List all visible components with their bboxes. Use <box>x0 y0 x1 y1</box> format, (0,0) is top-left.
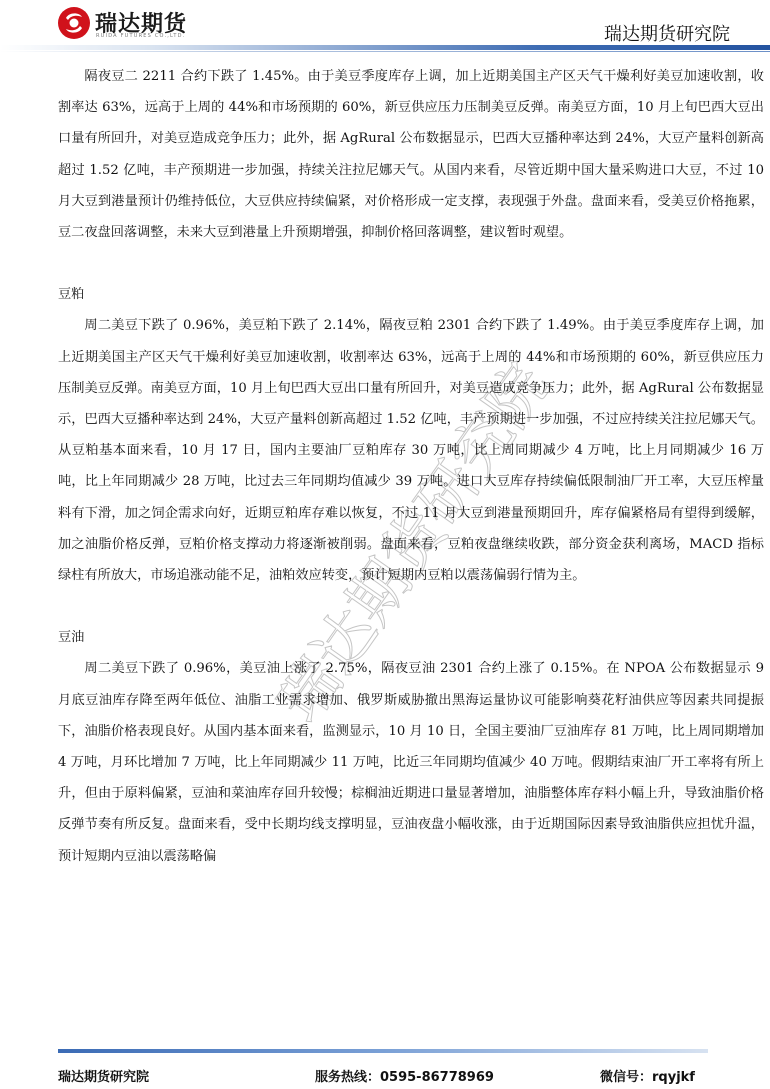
page-footer: 瑞达期货研究院 服务热线：0595-86778969 微信号：rqyjkf <box>0 1060 770 1084</box>
report-body: 隔夜豆二 2211 合约下跌了 1.45%。由于美豆季度库存上调，加上近期美国主… <box>58 61 764 872</box>
soybean-paragraph: 隔夜豆二 2211 合约下跌了 1.45%。由于美豆季度库存上调，加上近期美国主… <box>58 61 764 248</box>
section-title-soymeal: 豆粕 <box>58 279 764 310</box>
footer-wechat: 微信号：rqyjkf <box>600 1066 695 1085</box>
header-divider-thin <box>0 51 770 52</box>
institute-title: 瑞达期货研究院 <box>604 20 730 46</box>
company-logo: 瑞达期货 RUIDA FUTURES CO.,LTD. <box>57 6 207 42</box>
footer-divider <box>58 1049 708 1053</box>
ruida-logo-icon <box>57 6 91 40</box>
footer-hotline: 服务热线：0595-86778969 <box>315 1066 494 1085</box>
header-divider <box>0 45 770 50</box>
footer-institute: 瑞达期货研究院 <box>58 1066 149 1085</box>
soymeal-paragraph: 周二美豆下跌了 0.96%，美豆粕下跌了 2.14%，隔夜豆粕 2301 合约下… <box>58 310 764 591</box>
section-title-soyoil: 豆油 <box>58 622 764 653</box>
soyoil-paragraph: 周二美豆下跌了 0.96%，美豆油上涨了 2.75%，隔夜豆油 2301 合约上… <box>58 653 764 871</box>
logo-subtitle: RUIDA FUTURES CO.,LTD. <box>96 33 185 39</box>
page-header: 瑞达期货 RUIDA FUTURES CO.,LTD. 瑞达期货研究院 <box>0 0 770 52</box>
